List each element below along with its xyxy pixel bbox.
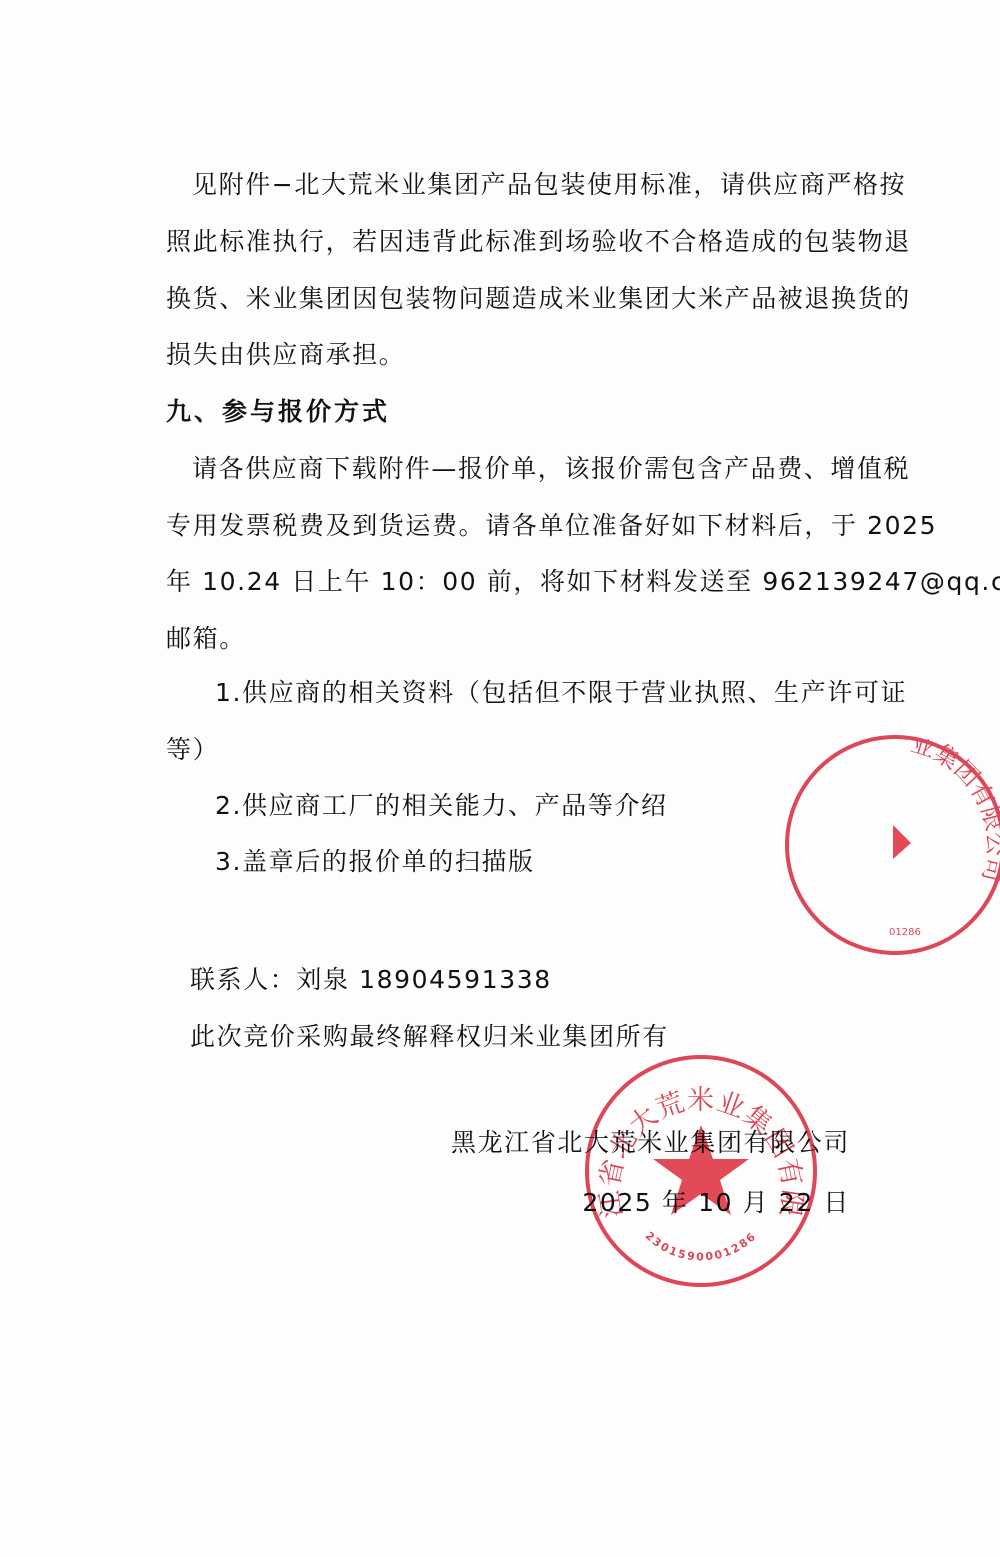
section-heading: 九、参与报价方式 [166, 395, 390, 429]
quotation-paragraph-line: 年 10.24 日上午 10：00 前，将如下材料发送至 962139247@q… [166, 565, 1000, 599]
rights-statement: 此次竞价采购最终解释权归米业集团所有 [190, 1020, 669, 1054]
packaging-paragraph-line: 损失由供应商承担。 [166, 338, 405, 372]
quotation-paragraph-line: 请各供应商下载附件—报价单，该报价需包含产品费、增值税 [192, 452, 910, 486]
packaging-paragraph-line: 换货、米业集团因包装物问题造成米业集团大米产品被退换货的 [166, 282, 911, 316]
material-item-3: 3.盖章后的报价单的扫描版 [215, 845, 535, 879]
edge-seal-partial: 业集团有限公司 01286 [785, 735, 1000, 955]
seal-star-icon: 黑龙江省北大荒米业集团有限公司 2301590001286 [589, 1059, 813, 1283]
packaging-paragraph-line: 见附件−北大荒米业集团产品包装使用标准，请供应商严格按 [192, 168, 906, 202]
company-seal: 黑龙江省北大荒米业集团有限公司 2301590001286 [585, 1055, 817, 1287]
material-item-1: 1.供应商的相关资料（包括但不限于营业执照、生产许可证 [215, 676, 907, 710]
material-item-1-continued: 等） [166, 733, 219, 767]
svg-text:业集团有限公司: 业集团有限公司 [907, 739, 1000, 885]
seal-star-icon: 业集团有限公司 01286 [789, 739, 1000, 951]
material-item-2: 2.供应商工厂的相关能力、产品等介绍 [215, 789, 668, 823]
packaging-paragraph-line: 照此标准执行，若因违背此标准到场验收不合格造成的包装物退 [166, 225, 911, 259]
contact-info: 联系人：刘泉 18904591338 [190, 963, 552, 997]
svg-text:01286: 01286 [889, 927, 921, 938]
svg-text:2301590001286: 2301590001286 [643, 1229, 760, 1263]
quotation-paragraph-line: 邮箱。 [166, 622, 246, 656]
quotation-paragraph-line: 专用发票税费及到货运费。请各单位准备好如下材料后，于 2025 [166, 509, 937, 543]
